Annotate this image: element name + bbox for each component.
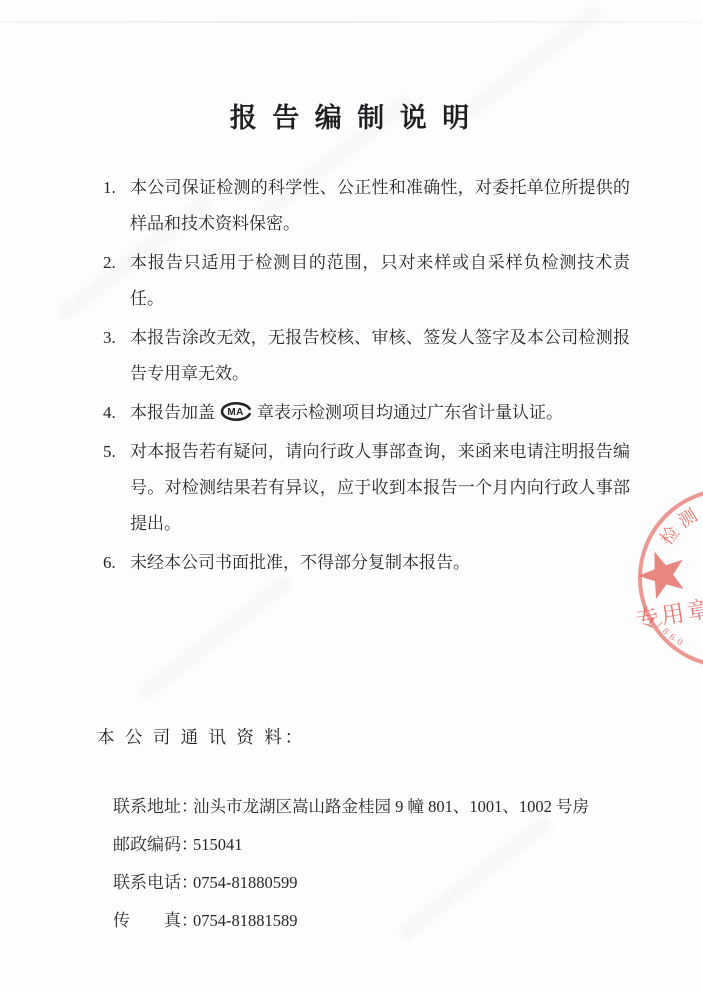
item-number: 2. — [103, 245, 130, 317]
note-text: 对本报告若有疑问，请向行政人事部查询，来函来电请注明报告编号。对检测结果若有异议… — [130, 434, 630, 542]
cma-certification-icon: MA — [218, 401, 254, 422]
note-text: 本报告加盖 MA 章表示检测项目均通过广东省计量认证。 — [130, 395, 630, 431]
list-item: 5. 对本报告若有疑问，请向行政人事部查询，来函来电请注明报告编号。对检测结果若… — [103, 434, 630, 542]
item-number: 1. — [103, 170, 130, 242]
note-text-prefix: 本报告加盖 — [130, 403, 215, 422]
contact-label: 联系电话： — [113, 864, 193, 902]
contact-label: 邮政编码： — [113, 826, 193, 864]
list-item: 4. 本报告加盖 MA 章表示检测项目均通过广东省计量认证。 — [103, 395, 630, 431]
contact-header: 本 公 司 通 讯 资 料： — [97, 724, 657, 750]
list-item: 2. 本报告只适用于检测目的范围，只对来样或自采样负检测技术责任。 — [103, 245, 630, 317]
contact-label: 联系地址： — [113, 788, 193, 826]
note-text: 本公司保证检测的科学性、公正性和准确性，对委托单位所提供的样品和技术资料保密。 — [130, 170, 630, 242]
seal-arc-text: 检测 — [656, 502, 703, 549]
contact-row-address: 联系地址：汕头市龙湖区嵩山路金桂园 9 幢 801、1001、1002 号房 — [97, 750, 657, 788]
company-contact-info: 本 公 司 通 讯 资 料： 联系地址：汕头市龙湖区嵩山路金桂园 9 幢 801… — [97, 724, 657, 902]
note-text: 本报告涂改无效，无报告校核、审核、签发人签字及本公司检测报告专用章无效。 — [130, 320, 630, 392]
note-text: 本报告只适用于检测目的范围，只对来样或自采样负检测技术责任。 — [130, 245, 630, 317]
report-notes-list: 1. 本公司保证检测的科学性、公正性和准确性，对委托单位所提供的样品和技术资料保… — [103, 170, 630, 584]
note-text: 未经本公司书面批准，不得部分复制本报告。 — [130, 545, 630, 581]
watermark-streak — [135, 573, 295, 703]
list-item: 3. 本报告涂改无效，无报告校核、审核、签发人签字及本公司检测报告专用章无效。 — [103, 320, 630, 392]
seal-arc-text-path: 检测 — [656, 502, 703, 549]
item-number: 5. — [103, 434, 130, 542]
item-number: 3. — [103, 320, 130, 392]
contact-value: 汕头市龙湖区嵩山路金桂园 9 幢 801、1001、1002 号房 — [193, 797, 589, 816]
list-item: 6. 未经本公司书面批准，不得部分复制本报告。 — [103, 545, 630, 581]
cma-letters: MA — [227, 407, 244, 418]
contact-value: 0754-81880599 — [193, 873, 298, 892]
contact-value: 515041 — [193, 835, 243, 854]
contact-label: 传 真： — [113, 902, 193, 940]
item-number: 6. — [103, 545, 130, 581]
item-number: 4. — [103, 395, 130, 431]
page-title: 报 告 编 制 说 明 — [0, 96, 703, 135]
red-company-seal: 检测 专用章 21860 — [600, 480, 703, 690]
list-item: 1. 本公司保证检测的科学性、公正性和准确性，对委托单位所提供的样品和技术资料保… — [103, 170, 630, 242]
contact-value: 0754-81881589 — [193, 911, 298, 930]
note-text-suffix: 章表示检测项目均通过广东省计量认证。 — [257, 403, 563, 422]
